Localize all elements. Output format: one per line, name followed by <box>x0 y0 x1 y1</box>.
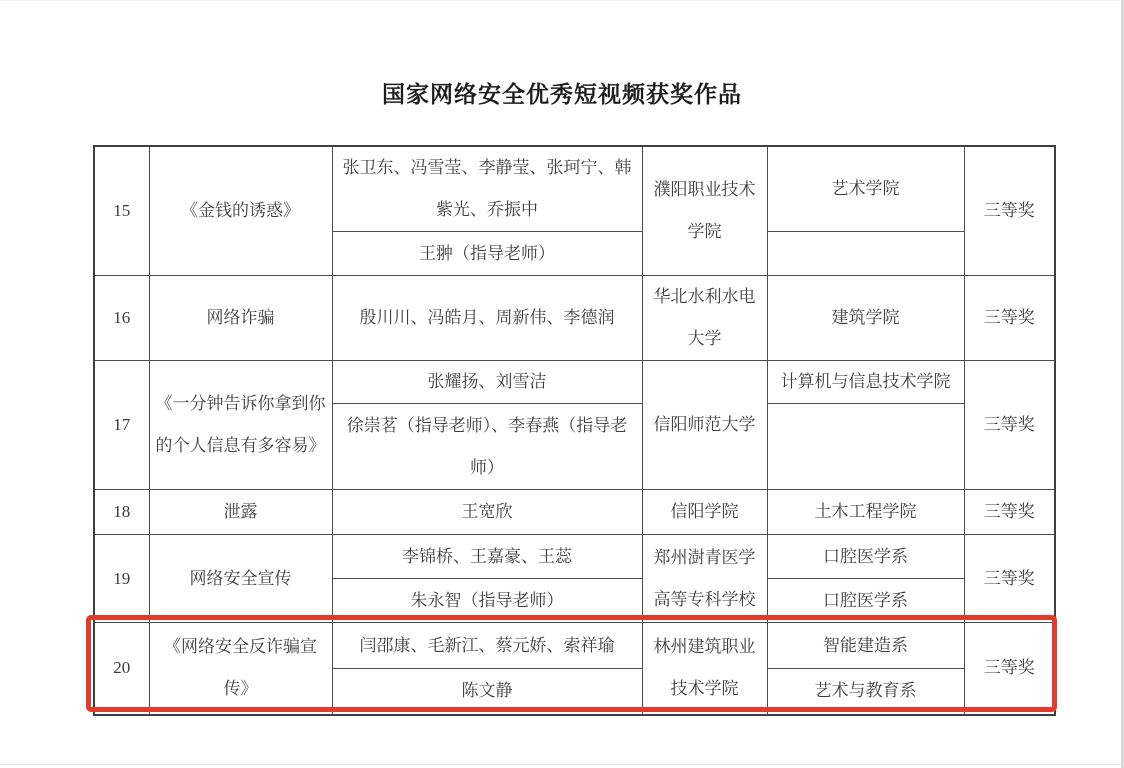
advisor-cell: 徐崇茗（指导老师）、李春燕（指导老师） <box>332 404 642 490</box>
document-page: 国家网络安全优秀短视频获奖作品 15 《金钱的诱惑》 张卫东、冯雪莹、李静莹、张… <box>0 0 1124 768</box>
award-cell: 三等奖 <box>964 276 1055 361</box>
page-title: 国家网络安全优秀短视频获奖作品 <box>0 76 1124 109</box>
work-title-cell: 网络诈骗 <box>149 276 332 361</box>
school-cell: 华北水利水电大学 <box>642 276 767 361</box>
advisor-cell: 陈文静 <box>332 669 642 715</box>
row-number-cell: 15 <box>94 146 149 276</box>
school-cell: 濮阳职业技术学院 <box>642 146 767 276</box>
school-cell: 信阳学院 <box>642 490 767 535</box>
award-cell: 三等奖 <box>964 535 1055 623</box>
work-title-cell: 《一分钟告诉你拿到你的个人信息有多容易》 <box>149 361 332 490</box>
department-cell: 口腔医学系 <box>767 535 964 579</box>
department-cell: 口腔医学系 <box>767 579 964 623</box>
award-cell: 三等奖 <box>964 490 1055 535</box>
authors-cell: 张卫东、冯雪莹、李静莹、张珂宁、韩紫光、乔振中 <box>332 146 642 232</box>
authors-cell: 王宽欣 <box>332 490 642 535</box>
school-cell: 郑州澍青医学高等专科学校 <box>642 535 767 623</box>
authors-cell: 张耀扬、刘雪洁 <box>332 361 642 404</box>
table-row: 16 网络诈骗 殷川川、冯皓月、周新伟、李德润 华北水利水电大学 建筑学院 三等… <box>94 276 1055 361</box>
department-cell: 艺术学院 <box>767 146 964 232</box>
work-title-cell: 《金钱的诱惑》 <box>149 146 332 276</box>
table-row: 15 《金钱的诱惑》 张卫东、冯雪莹、李静莹、张珂宁、韩紫光、乔振中 濮阳职业技… <box>94 146 1055 232</box>
awards-table: 15 《金钱的诱惑》 张卫东、冯雪莹、李静莹、张珂宁、韩紫光、乔振中 濮阳职业技… <box>93 145 1056 716</box>
department-cell <box>767 232 964 276</box>
award-cell: 三等奖 <box>964 623 1055 715</box>
award-cell: 三等奖 <box>964 146 1055 276</box>
department-cell: 建筑学院 <box>767 276 964 361</box>
table-row: 19 网络安全宣传 李锦桥、王嘉豪、王蕊 郑州澍青医学高等专科学校 口腔医学系 … <box>94 535 1055 579</box>
table-row-highlighted: 20 《网络安全反诈骗宣传》 闫邵康、毛新江、蔡元娇、索祥瑜 林州建筑职业技术学… <box>94 623 1055 669</box>
authors-cell: 李锦桥、王嘉豪、王蕊 <box>332 535 642 579</box>
advisor-cell: 朱永智（指导老师） <box>332 579 642 623</box>
award-cell: 三等奖 <box>964 361 1055 490</box>
department-cell <box>767 404 964 490</box>
row-number-cell: 18 <box>94 490 149 535</box>
work-title-cell: 泄露 <box>149 490 332 535</box>
page-edge-top <box>0 0 1124 1</box>
row-number-cell: 19 <box>94 535 149 623</box>
department-cell: 智能建造系 <box>767 623 964 669</box>
school-cell: 信阳师范大学 <box>642 361 767 490</box>
department-cell: 艺术与教育系 <box>767 669 964 715</box>
table-row: 17 《一分钟告诉你拿到你的个人信息有多容易》 张耀扬、刘雪洁 信阳师范大学 计… <box>94 361 1055 404</box>
row-number-cell: 20 <box>94 623 149 715</box>
authors-cell: 闫邵康、毛新江、蔡元娇、索祥瑜 <box>332 623 642 669</box>
department-cell: 土木工程学院 <box>767 490 964 535</box>
table-row: 18 泄露 王宽欣 信阳学院 土木工程学院 三等奖 <box>94 490 1055 535</box>
work-title-cell: 网络安全宣传 <box>149 535 332 623</box>
authors-cell: 殷川川、冯皓月、周新伟、李德润 <box>332 276 642 361</box>
advisor-cell: 王翀（指导老师） <box>332 232 642 276</box>
page-edge-bottom <box>0 764 1124 765</box>
row-number-cell: 17 <box>94 361 149 490</box>
row-number-cell: 16 <box>94 276 149 361</box>
work-title-cell: 《网络安全反诈骗宣传》 <box>149 623 332 715</box>
department-cell: 计算机与信息技术学院 <box>767 361 964 404</box>
school-cell: 林州建筑职业技术学院 <box>642 623 767 715</box>
